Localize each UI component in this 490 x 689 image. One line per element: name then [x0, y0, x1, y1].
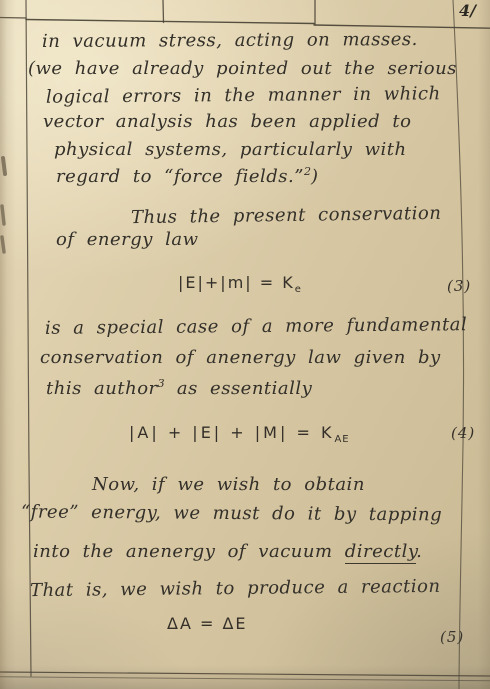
- equation-number: (5): [440, 628, 464, 646]
- line-text: ): [311, 166, 319, 187]
- handwritten-line: That is, we wish to produce a reaction: [30, 576, 441, 601]
- handwritten-line: this author3 as essentially: [46, 377, 312, 399]
- handwritten-line: of energy law: [56, 229, 199, 250]
- line-text: .: [416, 541, 422, 562]
- equation-body: |E|+|m| = K: [178, 273, 295, 292]
- equation-number: (3): [447, 277, 471, 295]
- handwritten-line: regard to “force fields.”2): [56, 165, 318, 187]
- handwritten-line: conservation of anenergy law given by: [40, 347, 441, 368]
- underlined-word: directly: [345, 541, 416, 564]
- footnote-marker: 3: [158, 377, 165, 390]
- line-text: into the anenergy of vacuum: [33, 541, 345, 562]
- handwritten-line: in vacuum stress, acting on masses.: [42, 29, 418, 52]
- handwritten-line: Thus the present conservation: [131, 203, 442, 228]
- line-text: as essentially: [165, 378, 313, 399]
- handwritten-line: (we have already pointed out the serious: [28, 58, 457, 79]
- handwritten-line: physical systems, particularly with: [54, 139, 407, 160]
- line-text: this author: [46, 378, 158, 399]
- page-number: 4/: [459, 1, 476, 20]
- manuscript-page: 4/ in vacuum stress, acting on masses. (…: [0, 0, 490, 689]
- line-text: regard to “force fields.”: [56, 166, 304, 187]
- footnote-marker: 2: [304, 165, 311, 178]
- handwritten-line: logical errors in the manner in which: [46, 83, 441, 107]
- equation-3: |E|+|m| = Ke: [178, 273, 302, 295]
- handwritten-line: vector analysis has been applied to: [43, 111, 411, 132]
- equation-5: ΔA = ΔE: [167, 614, 248, 633]
- equation-body: ΔA = ΔE: [167, 614, 248, 633]
- equation-subscript: e: [295, 284, 302, 295]
- handwritten-line: “free” energy, we must do it by tapping: [21, 502, 442, 526]
- handwritten-line: into the anenergy of vacuum directly.: [33, 541, 422, 562]
- handwritten-line: is a special case of a more fundamental: [45, 314, 467, 339]
- equation-number: (4): [451, 424, 475, 442]
- equation-subscript: AE: [334, 434, 349, 445]
- handwritten-line: Now, if we wish to obtain: [92, 474, 365, 495]
- equation-body: |A| + |E| + |M| = K: [129, 423, 334, 442]
- equation-4: |A| + |E| + |M| = KAE: [129, 423, 350, 445]
